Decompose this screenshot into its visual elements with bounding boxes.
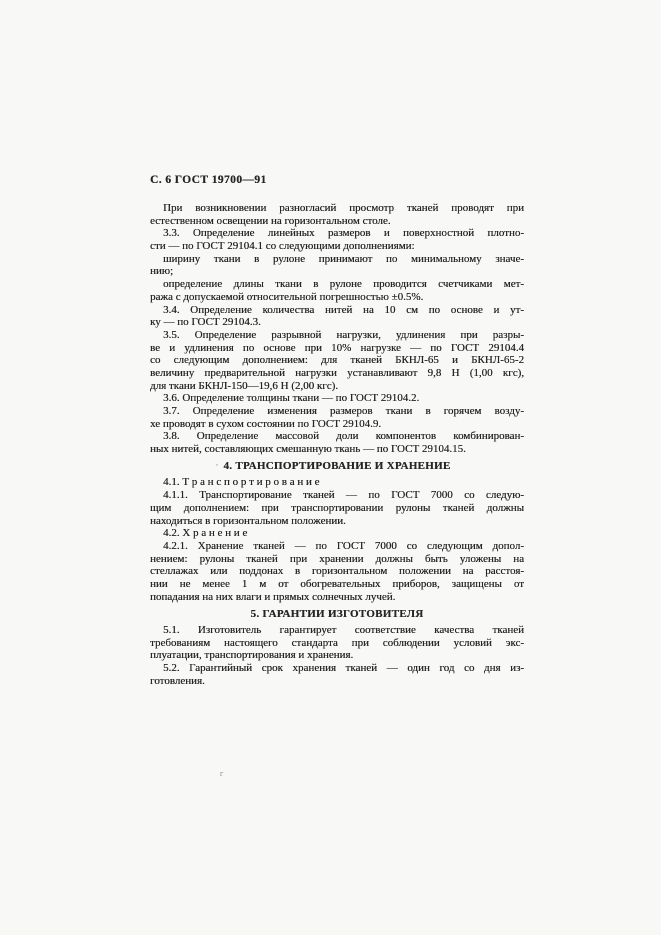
text-line: 4.2.1. Хранение тканей — по ГОСТ 7000 со…: [150, 540, 524, 553]
text-line: 5.2. Гарантийный срок хранения тканей — …: [150, 662, 524, 675]
text-line: естественном освещении на горизонтальном…: [150, 215, 524, 228]
text-line: определение длины ткани в рулоне проводи…: [150, 278, 524, 291]
text-line: нением: рулоны тканей при хранении должн…: [150, 553, 524, 566]
text-line: ража с допускаемой относительной погрешн…: [150, 291, 524, 304]
text-line: со следующим дополнением: для тканей БКН…: [150, 354, 524, 367]
text-line: 4.1. Т р а н с п о р т и р о в а н и е: [150, 476, 524, 489]
text-line: требованиям настоящего стандарта при соб…: [150, 637, 524, 650]
text-line: 3.7. Определение изменения размеров ткан…: [150, 405, 524, 418]
text-line: попадания на них влаги и прямых солнечны…: [150, 591, 524, 604]
scan-artifact: г: [220, 770, 223, 778]
text-line: 3.3. Определение линейных размеров и пов…: [150, 227, 524, 240]
text-line: 5.1. Изготовитель гарантирует соответств…: [150, 624, 524, 637]
scan-artifact: ,: [216, 459, 218, 467]
text-line: 3.8. Определение массовой доли компонент…: [150, 430, 524, 443]
text-line: 3.4. Определение количества нитей на 10 …: [150, 304, 524, 317]
text-line: 4.2. Х р а н е н и е: [150, 527, 524, 540]
scanned-document-page: С. 6 ГОСТ 19700—91 При возникновении раз…: [0, 0, 661, 935]
text-line: ширину ткани в рулоне принимают по миним…: [150, 253, 524, 266]
section-heading: 4. ТРАНСПОРТИРОВАНИЕ И ХРАНЕНИЕ: [150, 460, 524, 473]
text-line: находиться в горизонтальном положении.: [150, 515, 524, 528]
text-line: ве и удлинения по основе при 10% нагрузк…: [150, 342, 524, 355]
text-line: 3.6. Определение толщины ткани — по ГОСТ…: [150, 392, 524, 405]
text-line: нии не менее 1 м от обогревательных приб…: [150, 578, 524, 591]
text-line: сти — по ГОСТ 29104.1 со следующими допо…: [150, 240, 524, 253]
text-line: щим дополнением: при транспортировании р…: [150, 502, 524, 515]
text-line: величину предварительной нагрузки устана…: [150, 367, 524, 380]
text-line: для ткани БКНЛ-150—19,6 Н (2,00 кгс).: [150, 380, 524, 393]
text-line: стеллажах или поддонах в горизонтальном …: [150, 565, 524, 578]
text-line: ку — по ГОСТ 29104.3.: [150, 316, 524, 329]
text-line: плуатации, транспортирования и хранения.: [150, 649, 524, 662]
document-body: При возникновении разногласий просмотр т…: [150, 202, 524, 687]
page-header: С. 6 ГОСТ 19700—91: [150, 174, 267, 186]
text-line: готовления.: [150, 675, 524, 688]
text-line: ных нитей, составляющих смешанную ткань …: [150, 443, 524, 456]
text-line: 3.5. Определение разрывной нагрузки, удл…: [150, 329, 524, 342]
text-line: нию;: [150, 265, 524, 278]
text-line: При возникновении разногласий просмотр т…: [150, 202, 524, 215]
text-line: 4.1.1. Транспортирование тканей — по ГОС…: [150, 489, 524, 502]
section-heading: 5. ГАРАНТИИ ИЗГОТОВИТЕЛЯ: [150, 608, 524, 621]
text-line: хе проводят в сухом состоянии по ГОСТ 29…: [150, 418, 524, 431]
